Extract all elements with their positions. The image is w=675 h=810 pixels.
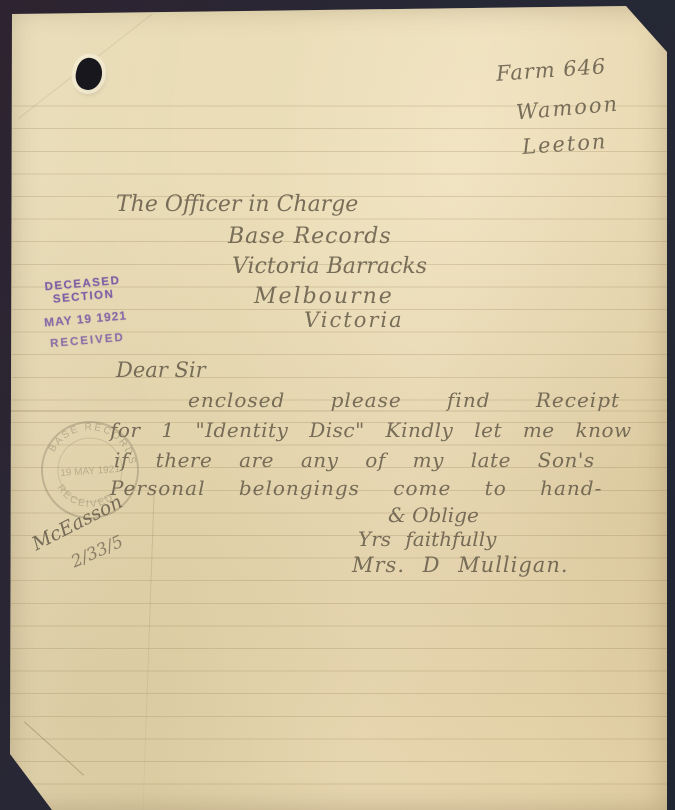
deceased-section-stamp: DECEASED SECTION MAY 19 1921 RECEIVED: [23, 273, 147, 352]
signature: Mrs. D Mulligan.: [352, 553, 569, 577]
stamp-center-date: 19 MAY 1921: [60, 464, 121, 479]
recipient-line: The Officer in Charge: [116, 192, 358, 217]
scanned-letter-page: Farm 646 Wamoon Leeton The Officer in Ch…: [0, 0, 675, 810]
body-line: for 1 "Identity Disc" Kindly let me know: [110, 418, 632, 442]
annotation-file-reference: 2/33/5: [68, 532, 126, 573]
recipient-line: Melbourne: [254, 284, 394, 309]
stamp-text-line: RECEIVED: [28, 330, 147, 352]
closing-line: Yrs faithfully: [358, 527, 496, 551]
recipient-line: Victoria Barracks: [232, 254, 427, 279]
sender-address-line: Leeton: [521, 129, 608, 159]
sender-address-line: Wamoon: [515, 92, 620, 125]
bottom-left-crease: [24, 721, 84, 775]
vertical-crease: [142, 494, 154, 810]
punch-hole: [72, 55, 105, 93]
recipient-line: Base Records: [228, 224, 392, 249]
body-line: if there are any of my late Son's: [114, 448, 595, 472]
sender-address-line: Farm 646: [495, 54, 607, 86]
stamp-date: MAY 19 1921: [26, 307, 145, 331]
closing-line: & Oblige: [388, 503, 479, 527]
body-line: enclosed please find Receipt: [188, 388, 620, 412]
salutation: Dear Sir: [116, 358, 206, 382]
letter-paper: Farm 646 Wamoon Leeton The Officer in Ch…: [10, 6, 667, 810]
body-line: Personal belongings come to hand-: [110, 476, 602, 500]
recipient-line: Victoria: [304, 308, 404, 332]
